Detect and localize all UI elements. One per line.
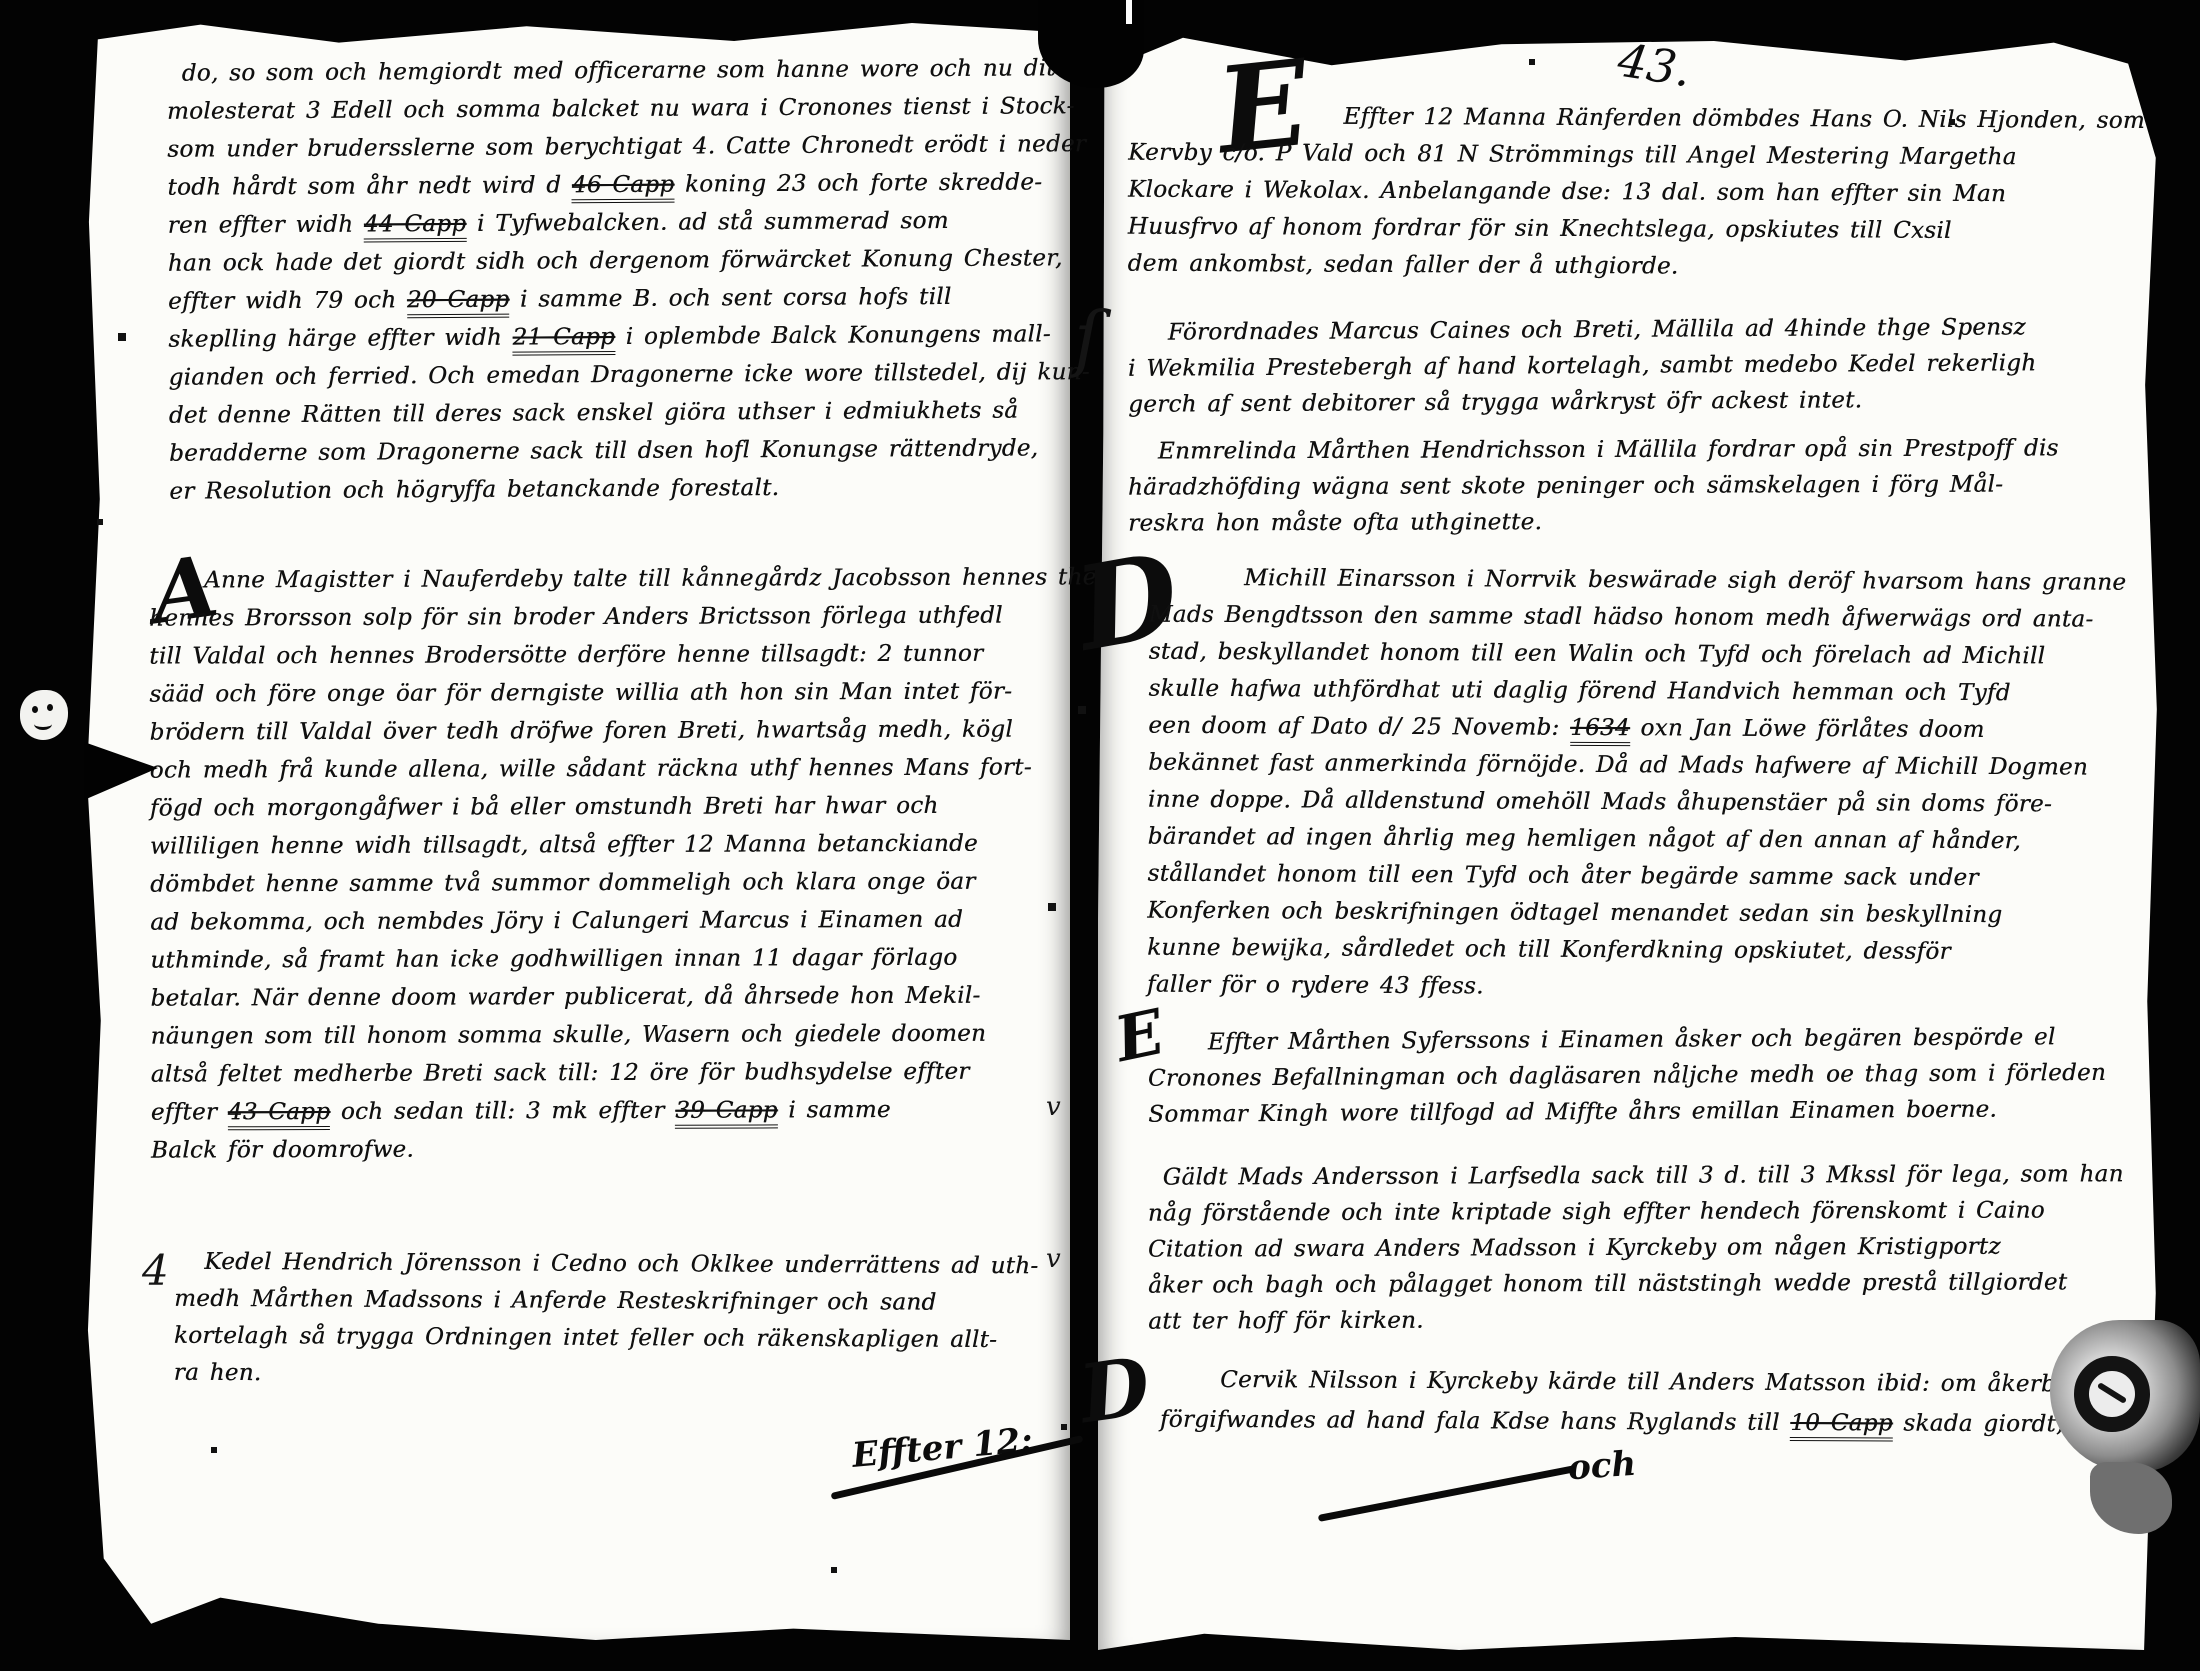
manuscript-line: Effter 12 Manna Ränferden dömbdes Hans O… bbox=[1128, 98, 2043, 140]
manuscript-line: Michill Einarsson i Norrvik beswärade si… bbox=[1149, 560, 2054, 602]
manuscript-line: kunne bewijka, sårdledet och till Konfer… bbox=[1147, 930, 2052, 972]
manuscript-line: fögd och morgongåfwer i bå eller omstund… bbox=[150, 786, 1055, 827]
right-entry-4: Michill Einarsson i Norrvik beswärade si… bbox=[1147, 560, 2054, 1009]
manuscript-line: reskra hon måste ofta uthginette. bbox=[1128, 502, 2048, 541]
manuscript-scan: do, so som och hemgiordt med officerarne… bbox=[0, 0, 2200, 1671]
manuscript-line: betalar. När denne doom warder publicera… bbox=[150, 976, 1055, 1017]
manuscript-line: stållandet honom till een Tyfd och åter … bbox=[1147, 856, 2052, 898]
manuscript-line: inne doppe. Då alldenstund omehöll Mads … bbox=[1148, 782, 2053, 824]
manuscript-line: Balck för doomrofwe. bbox=[151, 1128, 1056, 1169]
manuscript-line: Huusfrvo af honom fordrar för sin Knecht… bbox=[1128, 209, 2043, 251]
manuscript-line: faller för o rydere 43 ffess. bbox=[1147, 967, 2052, 1009]
right-entry-7: Cervik Nilsson i Kyrckeby kärde till And… bbox=[1160, 1360, 2060, 1445]
manuscript-line: häradzhöfding wägna sent skote peninger … bbox=[1128, 466, 2048, 505]
binding-tear-mark bbox=[84, 742, 158, 800]
manuscript-line: Klockare i Wekolax. Anbelangande dse: 13… bbox=[1128, 172, 2043, 214]
manuscript-line: effter 43 Capp och sedan till: 3 mk efft… bbox=[151, 1090, 1056, 1131]
manuscript-line: gianden och ferried. Och emedan Dragoner… bbox=[168, 353, 1063, 396]
manuscript-line: det denne Rätten till deres sack enskel … bbox=[169, 391, 1064, 434]
underlined-token: 39 Capp bbox=[675, 1097, 778, 1128]
page-number: 43. bbox=[1614, 33, 1695, 98]
ink-specks bbox=[0, 0, 4, 4]
margin-numeral: 4 bbox=[142, 1246, 169, 1295]
manuscript-line: åker och bagh och pålagget honom till nä… bbox=[1148, 1264, 2068, 1303]
scan-edge-slit bbox=[1126, 0, 1132, 24]
manuscript-line: todh hårdt som åhr nedt wird d 46 Capp k… bbox=[167, 163, 1062, 206]
manuscript-line: någ förstående och inte kriptade sigh ef… bbox=[1148, 1192, 2068, 1231]
manuscript-line: effter widh 79 och 20 Capp i samme B. oc… bbox=[168, 277, 1063, 320]
right-entry-5: Effter Mårthen Syferssons i Einamen åske… bbox=[1148, 1019, 2054, 1133]
manuscript-line: som under brudersslerne som berychtigat … bbox=[167, 125, 1062, 168]
manuscript-line: medh Mårthen Madssons i Anferde Resteskr… bbox=[174, 1281, 1054, 1323]
margin-flourish: ſ bbox=[1074, 296, 1101, 380]
manuscript-line: Citation ad swara Anders Madsson i Kyrck… bbox=[1148, 1228, 2068, 1267]
manuscript-line: gerch af sent debitorer så trygga wårkry… bbox=[1128, 381, 2048, 423]
margin-checkmark: v bbox=[1046, 1244, 1061, 1274]
manuscript-line: Enmrelinda Mårthen Hendrichsson i Mällil… bbox=[1128, 430, 2048, 469]
manuscript-line: Cervik Nilsson i Kyrckeby kärde till And… bbox=[1160, 1360, 2060, 1405]
manuscript-line: dömbdet henne samme två summor dommeligh… bbox=[150, 862, 1055, 903]
manuscript-line: förgifwandes ad hand fala Kdse hans Rygl… bbox=[1160, 1400, 2060, 1445]
manuscript-line: molesterat 3 Edell och somma balcket nu … bbox=[167, 87, 1062, 130]
book-clasp-rivet bbox=[2074, 1356, 2150, 1432]
margin-doodle-face bbox=[20, 690, 68, 740]
right-entry-1: Effter 12 Manna Ränferden dömbdes Hans O… bbox=[1128, 98, 2044, 288]
manuscript-line: altså feltet medherbe Breti sack till: 1… bbox=[151, 1052, 1056, 1093]
manuscript-line: er Resolution och högryffa betanckande f… bbox=[169, 467, 1064, 510]
left-paragraph-1: do, so som och hemgiordt med officerarne… bbox=[167, 49, 1065, 510]
manuscript-line: dem ankombst, sedan faller der å uthgior… bbox=[1128, 246, 2043, 288]
manuscript-line: ad bekomma, och nembdes Jöry i Calungeri… bbox=[150, 900, 1055, 941]
manuscript-line: hennes Brorsson solp för sin broder Ande… bbox=[149, 596, 1054, 637]
manuscript-line: Gäldt Mads Andersson i Larfsedla sack ti… bbox=[1148, 1156, 2068, 1195]
manuscript-line: Anne Magistter i Nauferdeby talte till k… bbox=[149, 558, 1054, 599]
manuscript-line: skulle hafwa uthfördhat uti daglig fören… bbox=[1148, 671, 2053, 713]
manuscript-line: williligen henne widh tillsagdt, altså e… bbox=[150, 824, 1055, 865]
manuscript-line: kortelagh så trygga Ordningen intet fell… bbox=[174, 1318, 1054, 1360]
manuscript-line: bekännet fast anmerkinda förnöjde. Då ad… bbox=[1148, 745, 2053, 787]
underlined-token: 1634 bbox=[1570, 715, 1630, 746]
manuscript-line: stad, beskyllandet honom till een Walin … bbox=[1149, 634, 2054, 676]
underlined-token: 10 Capp bbox=[1790, 1410, 1893, 1442]
manuscript-line: ren effter widh 44 Capp i Tyfwebalcken. … bbox=[168, 201, 1063, 244]
manuscript-line: Cronones Befallningman och dagläsaren nå… bbox=[1148, 1055, 2053, 1097]
doodle-mouth bbox=[34, 718, 52, 730]
right-entry-6: Gäldt Mads Andersson i Larfsedla sack ti… bbox=[1148, 1156, 2069, 1339]
manuscript-line: till Valdal och hennes Brodersötte derfö… bbox=[149, 634, 1054, 675]
underlined-token: 20 Capp bbox=[407, 287, 510, 319]
clasp-pin bbox=[2097, 1382, 2127, 1404]
manuscript-line: han ock hade det giordt sidh och dergeno… bbox=[168, 239, 1063, 282]
manuscript-line: beradderne som Dragonerne sack till dsen… bbox=[169, 429, 1064, 472]
doodle-eye bbox=[32, 706, 38, 713]
manuscript-line: uthminde, så framt han icke godhwilligen… bbox=[150, 938, 1055, 979]
manuscript-line: sääd och före onge öar för derngiste wil… bbox=[149, 672, 1054, 713]
entry-initial: D bbox=[1075, 1346, 1155, 1435]
underlined-token: 21 Capp bbox=[513, 324, 616, 356]
right-catchword: och bbox=[1567, 1444, 1638, 1489]
margin-checkmark: v bbox=[1046, 1092, 1061, 1122]
manuscript-line: och medh frå kunde allena, wille sådant … bbox=[150, 748, 1055, 789]
manuscript-line: skeplling härge effter widh 21 Capp i op… bbox=[168, 315, 1063, 358]
manuscript-line: i Wekmilia Prestebergh af hand kortelagh… bbox=[1128, 345, 2048, 387]
manuscript-line: Sommar Kingh wore tillfogd ad Miffte åhr… bbox=[1148, 1091, 2053, 1133]
manuscript-line: Konferken och beskrifningen ödtagel mena… bbox=[1147, 893, 2052, 935]
underlined-token: 43 Capp bbox=[228, 1099, 331, 1130]
manuscript-line: näungen som till honom somma skulle, Was… bbox=[151, 1014, 1056, 1055]
manuscript-line: ra hen. bbox=[174, 1355, 1054, 1397]
left-paragraph-3: Kedel Hendrich Jörensson i Cedno och Okl… bbox=[174, 1244, 1055, 1397]
manuscript-line: Kedel Hendrich Jörensson i Cedno och Okl… bbox=[174, 1244, 1054, 1286]
underlined-token: 46 Capp bbox=[572, 172, 675, 204]
manuscript-line: Effter Mårthen Syferssons i Einamen åske… bbox=[1148, 1019, 2053, 1061]
left-paragraph-2: Anne Magistter i Nauferdeby talte till k… bbox=[149, 558, 1056, 1169]
underlined-token: 44 Capp bbox=[364, 211, 467, 243]
manuscript-line: brödern till Valdal över tedh dröfwe for… bbox=[149, 710, 1054, 751]
manuscript-line: do, so som och hemgiordt med officerarne… bbox=[167, 49, 1062, 92]
right-entry-2: Förordnades Marcus Caines och Breti, Mäl… bbox=[1128, 309, 2049, 423]
doodle-eye bbox=[47, 704, 53, 711]
manuscript-line: att ter hoff för kirken. bbox=[1148, 1300, 2068, 1339]
manuscript-line: Mads Bengdtsson den samme stadl hädso ho… bbox=[1149, 597, 2054, 639]
manuscript-line: bärandet ad ingen åhrlig meg hemligen nå… bbox=[1148, 819, 2053, 861]
manuscript-line: Kervby c/o. P Vald och 81 N Strömmings t… bbox=[1128, 135, 2043, 177]
manuscript-line: Förordnades Marcus Caines och Breti, Mäl… bbox=[1128, 309, 2048, 351]
right-entry-3: Enmrelinda Mårthen Hendrichsson i Mällil… bbox=[1128, 430, 2048, 541]
manuscript-line: een doom af Dato d/ 25 Novemb: 1634 oxn … bbox=[1148, 708, 2053, 750]
